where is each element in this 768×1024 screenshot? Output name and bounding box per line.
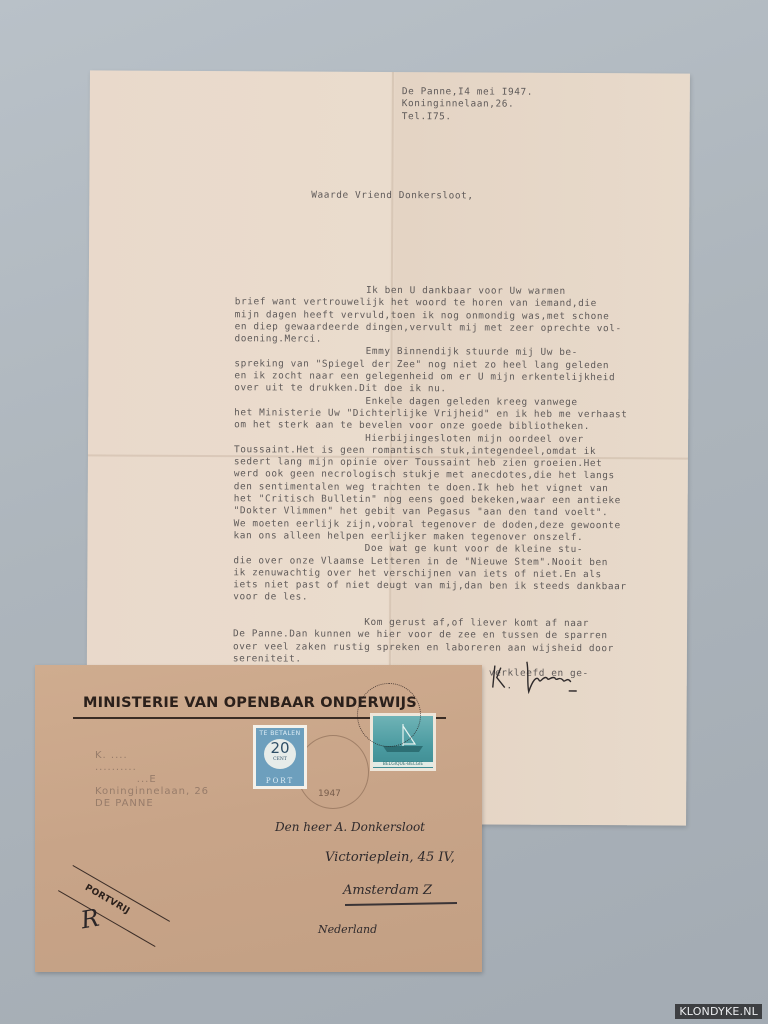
postage-due-bottom-text: PORT [256,777,304,785]
address-line-2: Victorieplein, 45 IV, [325,850,455,865]
postage-due-unit: CENT [264,757,296,762]
postage-due-stamp: TE BETALEN 20 CENT PORT [253,725,307,789]
boat-stamp-caption: BELGIQUE-BELGIE [373,762,433,767]
watermark-badge: KLONDYKE.NL [675,1004,762,1019]
letter-body: Ik ben U dankbaar voor Uw warmen brief w… [233,284,628,667]
address-line-4: Nederland [318,923,377,936]
letter-salutation: Waarde Vriend Donkersloot, [311,190,473,203]
address-underline [345,902,457,905]
postage-due-value-circle: 20 CENT [264,739,296,769]
envelope: MINISTERIE VAN OPENBAAR ONDERWIJS K. ...… [35,665,482,972]
postmark-year: 1947 [318,789,341,799]
postmark-cancel-ring [357,683,421,747]
postage-due-value: 20 [264,739,296,757]
portvrij-band: PORTVRIJ [58,865,170,947]
address-line-3: Amsterdam Z [343,883,432,898]
address-line-1: Den heer A. Donkersloot [275,820,425,834]
sender-rubber-stamp: K. .... .......... ...E Koninginnelaan, … [95,750,209,810]
signature: K. Jonckheere [487,658,607,695]
letter-header: De Panne,I4 mei I947. Koninginnelaan,26.… [402,86,533,124]
postage-due-top-text: TE BETALEN [256,730,304,737]
